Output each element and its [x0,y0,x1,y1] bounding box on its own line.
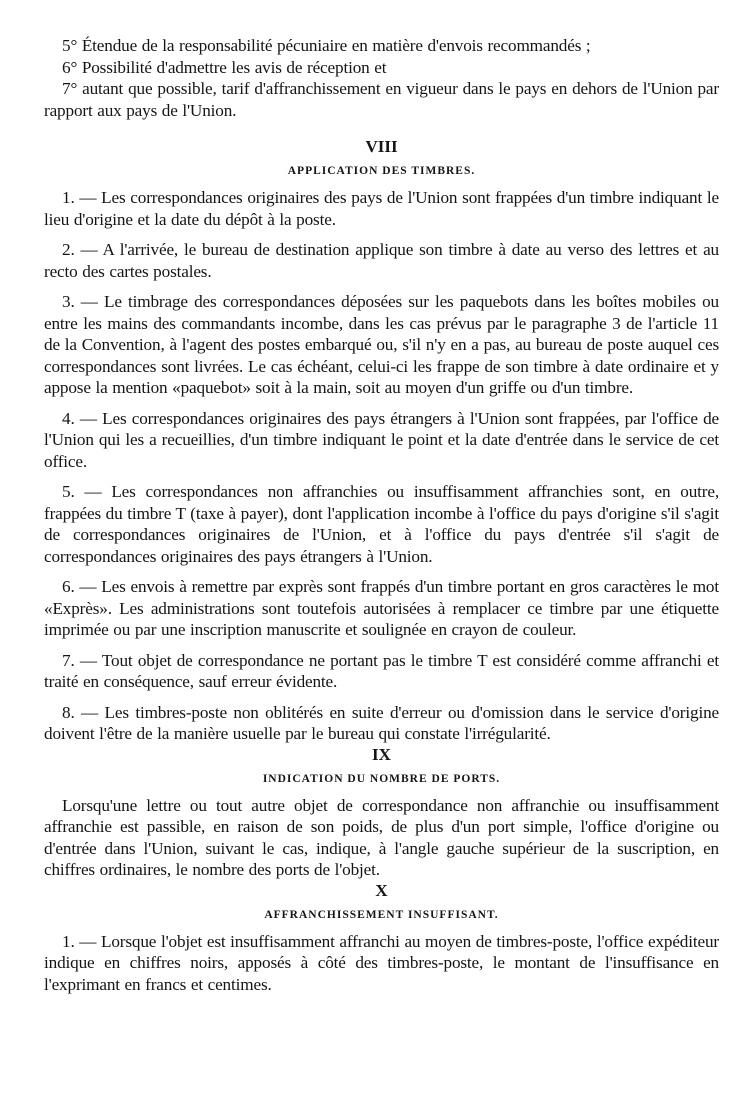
intro-item-7: 7° autant que possible, tarif d'affranch… [44,78,719,121]
section-x: X AFFRANCHISSEMENT INSUFFISANT. 1. — Lor… [44,881,719,996]
section-ix: IX INDICATION DU NOMBRE DE PORTS. Lorsqu… [44,745,719,881]
intro-list: 5° Étendue de la responsabilité pécuniai… [44,35,719,121]
section-number: X [44,881,719,901]
section-title: AFFRANCHISSEMENT INSUFFISANT. [44,907,719,923]
paragraph: 4. — Les correspondances originaires des… [44,408,719,473]
section-number: VIII [44,137,719,157]
paragraph: 5. — Les correspondances non affranchies… [44,481,719,567]
paragraph: 8. — Les timbres-poste non oblitérés en … [44,702,719,745]
document-page: 5° Étendue de la responsabilité pécuniai… [44,35,719,995]
paragraph: 2. — A l'arrivée, le bureau de destinati… [44,239,719,282]
section-title: APPLICATION DES TIMBRES. [44,163,719,179]
paragraph: 6. — Les envois à remettre par exprès so… [44,576,719,641]
paragraph: 1. — Les correspondances originaires des… [44,187,719,230]
intro-item-6: 6° Possibilité d'admettre les avis de ré… [44,57,719,79]
paragraph: Lorsqu'une lettre ou tout autre objet de… [44,795,719,881]
intro-item-5: 5° Étendue de la responsabilité pécuniai… [44,35,719,57]
paragraph: 7. — Tout objet de correspondance ne por… [44,650,719,693]
paragraph: 3. — Le timbrage des correspondances dép… [44,291,719,399]
section-title: INDICATION DU NOMBRE DE PORTS. [44,771,719,787]
section-number: IX [44,745,719,765]
section-viii: VIII APPLICATION DES TIMBRES. 1. — Les c… [44,137,719,745]
paragraph: 1. — Lorsque l'objet est insuffisamment … [44,931,719,996]
